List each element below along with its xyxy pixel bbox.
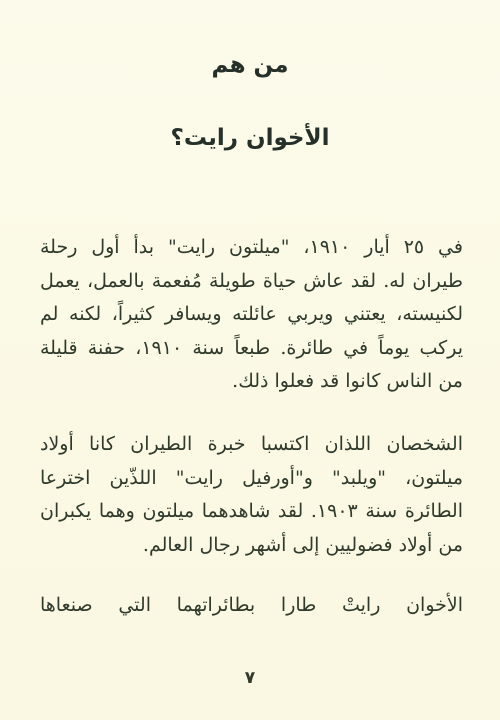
text-line: الأخوان رايتْ طارا بطائراتهما التي صنعاه… — [40, 589, 463, 623]
paragraph-1: في ٢٥ أيار ١٩١٠، "ميلتون رايت" بدأ أول ر… — [40, 231, 463, 399]
text-line: من أولاد فضوليين إلى أشهر رجال العالم. — [40, 529, 463, 563]
text-line: يركب يوماً في طائرة. طبعاً سنة ١٩١٠، حفن… — [40, 332, 463, 366]
page-number: ٧ — [0, 668, 500, 688]
text-line: طيران له. لقد عاش حياة طويلة مُفعمة بالع… — [40, 265, 463, 299]
book-page: من هم الأخوان رايت؟ في ٢٥ أيار ١٩١٠، "مي… — [0, 0, 500, 720]
text-line: الشخصان اللذان اكتسبا خبرة الطيران كانا … — [40, 428, 463, 462]
text-line: الطائرة سنة ١٩٠٣. لقد شاهدهما ميلتون وهم… — [40, 495, 463, 529]
text-line: لكنيسته، يعتني ويربي عائلته ويسافر كثيرا… — [40, 298, 463, 332]
text-line: في ٢٥ أيار ١٩١٠، "ميلتون رايت" بدأ أول ر… — [40, 231, 463, 265]
paragraph-3: الأخوان رايتْ طارا بطائراتهما التي صنعاه… — [40, 589, 463, 623]
text-line: ميلتون، "ويلبد" و"أورفيل رايت" اللذّين ا… — [40, 462, 463, 496]
title-line-1: من هم — [0, 52, 500, 78]
text-line: من الناس كانوا قد فعلوا ذلك. — [40, 365, 463, 399]
title-line-2: الأخوان رايت؟ — [0, 125, 500, 151]
paragraph-2: الشخصان اللذان اكتسبا خبرة الطيران كانا … — [40, 428, 463, 562]
